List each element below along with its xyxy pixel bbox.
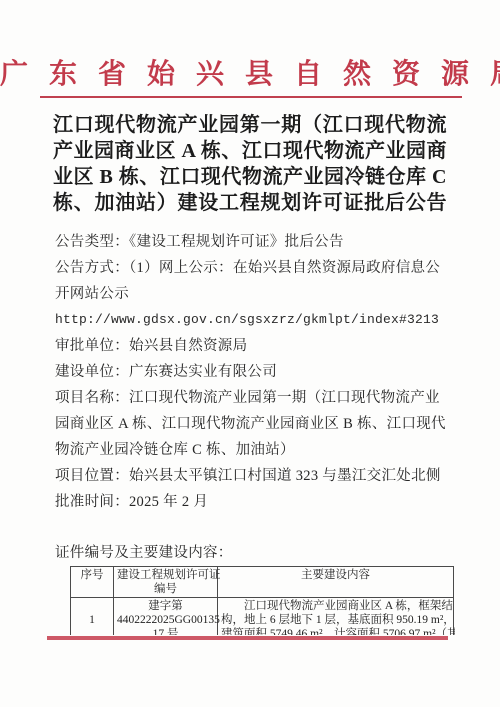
permit-table-container: 序号 建设工程规划许可证 编号 主要建设内容 1 建字第 4402222025G… — [70, 566, 455, 635]
line-construction-unit: 建设单位：广东赛达实业有限公司 — [55, 359, 453, 385]
header-permit-number: 建设工程规划许可证 编号 — [114, 567, 218, 598]
notice-body: 公告类型：《建设工程规划许可证》批后公告 公告方式：（1）网上公示：在始兴县自然… — [55, 229, 453, 515]
notice-title-line: 产业园商业区 A 栋、江口现代物流产业园商 — [53, 138, 447, 164]
main-content-line: 江口现代物流产业园商业区 A 栋，框架结 — [221, 599, 450, 613]
header-permit-number-line1: 建设工程规划许可证 — [117, 568, 214, 582]
line-approval-date: 批准时间：2025 年 2 月 — [55, 489, 453, 515]
cell-permit-number: 建字第 4402222025GG00135 17 号 — [114, 598, 218, 636]
line-project-location: 项目位置：始兴县太平镇江口村国道 323 与墨江交汇处北侧 — [55, 463, 453, 489]
header-permit-number-line2: 编号 — [117, 582, 214, 596]
notice-title-line: 栋、加油站）建设工程规划许可证批后公告 — [53, 190, 447, 216]
line-announcement-method: 公告方式：（1）网上公示：在始兴县自然资源局政府信息公 — [55, 255, 453, 281]
line-approval-unit: 审批单位：始兴县自然资源局 — [55, 333, 453, 359]
notice-title: 江口现代物流产业园第一期（江口现代物流 产业园商业区 A 栋、江口现代物流产业园… — [53, 112, 447, 216]
cell-main-content: 江口现代物流产业园商业区 A 栋，框架结 构，地上 6 层地下 1 层，基底面积… — [218, 598, 454, 636]
table-header-row: 序号 建设工程规划许可证 编号 主要建设内容 — [71, 567, 454, 598]
permit-table: 序号 建设工程规划许可证 编号 主要建设内容 1 建字第 4402222025G… — [70, 566, 454, 635]
header-main-content: 主要建设内容 — [218, 567, 454, 598]
letterhead-footer-rule — [47, 636, 448, 640]
line-project-name-cont-2: 物流产业园冷链仓库 C 栋、加油站） — [55, 437, 453, 463]
notice-url: http://www.gdsx.gov.cn/sgsxzrz/gkmlpt/in… — [55, 307, 453, 333]
table-row: 1 建字第 4402222025GG00135 17 号 江口现代物流产业园商业… — [71, 598, 454, 636]
permit-number-line: 17 号 — [117, 627, 214, 635]
line-announcement-type: 公告类型：《建设工程规划许可证》批后公告 — [55, 229, 453, 255]
agency-letterhead-title: 广 东 省 始 兴 县 自 然 资 源 局 — [0, 52, 500, 92]
line-project-name: 项目名称：江口现代物流产业园第一期（江口现代物流产业 — [55, 385, 453, 411]
notice-title-line: 江口现代物流产业园第一期（江口现代物流 — [53, 112, 447, 138]
line-announcement-method-cont: 开网站公示 — [55, 281, 453, 307]
section-caption-permit-contents: 证件编号及主要建设内容： — [55, 540, 233, 566]
document-page: 广 东 省 始 兴 县 自 然 资 源 局 江口现代物流产业园第一期（江口现代物… — [0, 0, 500, 707]
notice-title-line: 业区 B 栋、江口现代物流产业园冷链仓库 C — [53, 164, 447, 190]
cell-seq: 1 — [71, 598, 114, 636]
line-project-name-cont-1: 园商业区 A 栋、江口现代物流产业园商业区 B 栋、江口现代 — [55, 411, 453, 437]
letterhead-rule — [40, 96, 462, 98]
permit-number-line: 建字第 — [117, 599, 214, 613]
main-content-line: 构，地上 6 层地下 1 层，基底面积 950.19 m²， — [221, 613, 450, 627]
permit-number-line: 4402222025GG00135 — [117, 613, 214, 627]
main-content-line: 建筑面积 5749.46 m²，计容面积 5706.97 m²（其 — [221, 627, 450, 635]
header-seq: 序号 — [71, 567, 114, 598]
